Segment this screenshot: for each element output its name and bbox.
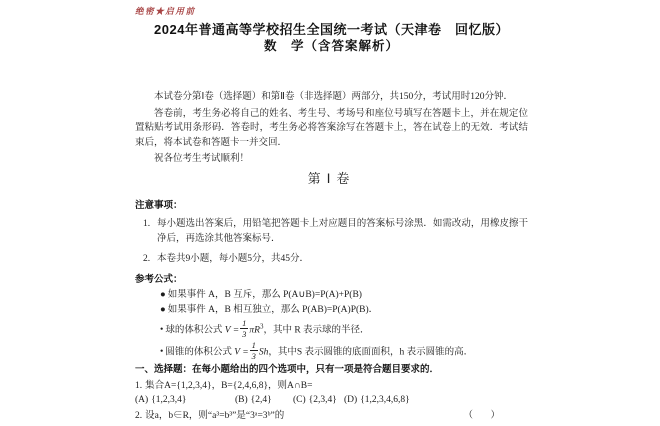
fraction-denominator: 3 bbox=[240, 329, 248, 339]
formula-label: 球的体积公式 bbox=[165, 325, 224, 335]
question-1: 1.集合A={1,2,3,4}，B={2,4,6,8}，则A∩B= bbox=[135, 380, 528, 393]
note-item-2: 2. 本卷共9小题，每小题5分，共45分． bbox=[135, 252, 528, 267]
formula-body: Sh bbox=[259, 347, 269, 357]
formula-tail: ，其中 R 表示球的半径． bbox=[263, 325, 369, 335]
option-c: (C){2,3,4} bbox=[293, 394, 344, 407]
note-number: 2. bbox=[143, 252, 157, 267]
question-number: 2. bbox=[135, 410, 142, 423]
notes-heading: 注意事项： bbox=[135, 199, 528, 213]
formula-lhs: V = bbox=[234, 347, 248, 357]
question-1-options: (A){1,2,3,4}(B){2,4}(C){2,3,4}(D){1,2,3,… bbox=[135, 394, 528, 407]
formula-text: 如果事件 A，B 相互独立，那么 P(AB)=P(A)P(B)． bbox=[168, 305, 378, 315]
part-one-title: 第Ⅰ卷 bbox=[135, 171, 528, 187]
bullet-icon: • bbox=[160, 347, 163, 357]
formula-tail: ，其中S 表示圆锥的底面面积，h 表示圆锥的高． bbox=[268, 347, 473, 357]
option-text: {1,2,3,4,6,8} bbox=[360, 395, 410, 405]
spacer bbox=[284, 410, 463, 423]
exam-title: 2024年普通高等学校招生全国统一考试（天津卷 回忆版） bbox=[135, 22, 528, 38]
option-text: {2,3,4} bbox=[309, 395, 337, 405]
note-number: 1. bbox=[143, 217, 157, 246]
formulas-heading: 参考公式： bbox=[135, 273, 528, 287]
note-text: 每小题选出答案后，用铅笔把答题卡上对应题目的答案标号涂黑．如需改动，用橡皮擦干净… bbox=[157, 217, 528, 246]
note-text: 本卷共9小题，每小题5分，共45分． bbox=[157, 252, 528, 267]
option-d: (D){1,2,3,4,6,8} bbox=[344, 394, 410, 407]
formula-label: 圆锥的体积公式 bbox=[165, 347, 234, 357]
formula-sphere-volume: •球的体积公式 V =13πR3，其中 R 表示球的半径． bbox=[135, 319, 528, 339]
question-stem: 集合A={1,2,3,4}，B={2,4,6,8}，则A∩B= bbox=[145, 381, 312, 391]
option-text: {1,2,3,4} bbox=[151, 395, 186, 405]
bullet-icon: ● bbox=[160, 305, 166, 315]
question-number: 1. bbox=[135, 381, 142, 391]
option-label: (B) bbox=[235, 395, 248, 405]
bullet-icon: ● bbox=[160, 290, 166, 300]
exam-document-page: 绝密★启用前 2024年普通高等学校招生全国统一考试（天津卷 回忆版） 数 学（… bbox=[0, 0, 660, 426]
option-b: (B){2,4} bbox=[235, 394, 293, 407]
option-label: (C) bbox=[293, 395, 306, 405]
page-content: 绝密★启用前 2024年普通高等学校招生全国统一考试（天津卷 回忆版） 数 学（… bbox=[0, 0, 660, 423]
fraction-numerator: 1 bbox=[250, 341, 258, 352]
question-2: 2.设a，b∈R，则“a³=b³”是“3ᵃ=3ᵇ”的 （ ） bbox=[135, 410, 528, 423]
section-one-heading: 一、选择题：在每小题给出的四个选项中，只有一项是符合题目要求的． bbox=[135, 363, 528, 376]
classification-banner: 绝密★启用前 bbox=[135, 6, 528, 16]
fraction-denominator: 3 bbox=[250, 351, 258, 361]
intro-block: 本试卷分第Ⅰ卷（选择题）和第Ⅱ卷（非选择题）两部分，共150分，考试用时120分… bbox=[135, 90, 528, 167]
question-stem: 设a，b∈R，则“a³=b³”是“3ᵃ=3ᵇ”的 bbox=[145, 410, 284, 423]
formula-text: 如果事件 A，B 互斥，那么 P(A∪B)=P(A)+P(B) bbox=[168, 290, 362, 300]
intro-paragraph-1: 本试卷分第Ⅰ卷（选择题）和第Ⅱ卷（非选择题）两部分，共150分，考试用时120分… bbox=[135, 90, 528, 105]
option-a: (A){1,2,3,4} bbox=[135, 394, 235, 407]
option-text: {2,4} bbox=[251, 395, 272, 405]
formula-body: πR bbox=[249, 325, 260, 335]
option-label: (D) bbox=[344, 395, 357, 405]
exam-subtitle: 数 学（含答案解析） bbox=[135, 39, 528, 54]
fraction: 13 bbox=[250, 341, 258, 361]
formula-independent-events: ●如果事件 A，B 相互独立，那么 P(AB)=P(A)P(B)． bbox=[135, 304, 528, 317]
wish-line: 祝各位考生考试顺利！ bbox=[135, 152, 528, 167]
answer-bracket: （ ） bbox=[463, 410, 504, 423]
intro-paragraph-2: 答卷前，考生务必将自己的姓名、考生号、考场号和座位号填写在答题卡上，并在规定位置… bbox=[135, 107, 528, 151]
formula-lhs: V = bbox=[225, 325, 239, 335]
formula-cone-volume: •圆锥的体积公式 V =13Sh，其中S 表示圆锥的底面面积，h 表示圆锥的高． bbox=[135, 341, 528, 361]
formula-mutually-exclusive: ●如果事件 A，B 互斥，那么 P(A∪B)=P(A)+P(B) bbox=[135, 289, 528, 302]
fraction-numerator: 1 bbox=[240, 319, 248, 330]
note-item-1: 1. 每小题选出答案后，用铅笔把答题卡上对应题目的答案标号涂黑．如需改动，用橡皮… bbox=[135, 217, 528, 246]
option-label: (A) bbox=[135, 395, 148, 405]
bullet-icon: • bbox=[160, 325, 163, 335]
fraction: 13 bbox=[240, 319, 248, 339]
